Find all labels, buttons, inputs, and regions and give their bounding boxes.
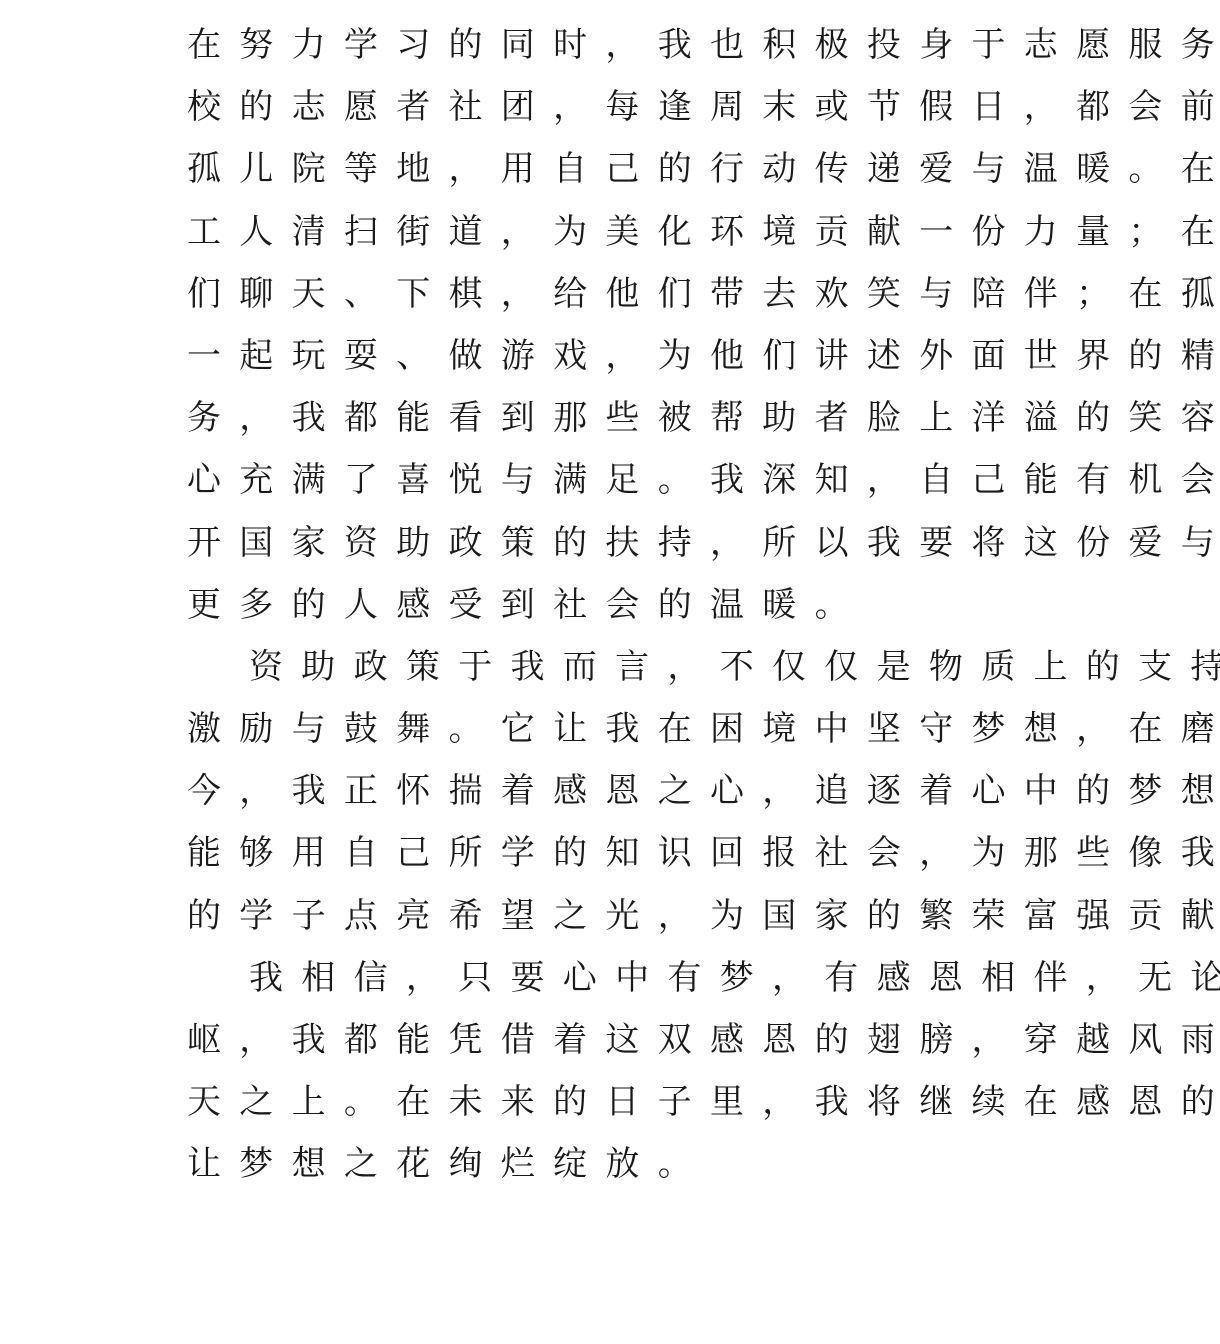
text-line: 更多的人感受到社会的温暖。 bbox=[187, 574, 1037, 636]
text-line: 校的志愿者社团，每逢周末或节假日，都会前往社区、敬老院、 bbox=[187, 76, 1037, 138]
text-line: 资助政策于我而言，不仅仅是物质上的支持，更是精神上的 bbox=[187, 636, 1037, 698]
text-line: 天之上。在未来的日子里，我将继续在感恩的道路上奋勇前行， bbox=[187, 1071, 1037, 1133]
paragraph-conclusion: 我相信，只要心中有梦，有感恩相伴，无论前方道路多么崎 岖，我都能凭借着这双感恩的… bbox=[187, 947, 1037, 1196]
paragraph-policy-impact: 资助政策于我而言，不仅仅是物质上的支持，更是精神上的 激励与鼓舞。它让我在困境中… bbox=[187, 636, 1037, 947]
text-line: 孤儿院等地，用自己的行动传递爱与温暖。在社区，我帮助环卫 bbox=[187, 138, 1037, 200]
text-line: 们聊天、下棋，给他们带去欢笑与陪伴；在孤儿院，我与孩子们 bbox=[187, 263, 1037, 325]
text-line: 今，我正怀揣着感恩之心，追逐着心中的梦想。我渴望有一天， bbox=[187, 760, 1037, 822]
text-line: 心充满了喜悦与满足。我深知，自己能有机会去帮助他人，离不 bbox=[187, 449, 1037, 511]
text-line: 在努力学习的同时，我也积极投身于志愿服务活动。我加入了学 bbox=[187, 14, 1037, 76]
text-line: 岖，我都能凭借着这双感恩的翅膀，穿越风雨，翱翔于广阔的蓝 bbox=[187, 1009, 1037, 1071]
text-line: 激励与鼓舞。它让我在困境中坚守梦想，在磨难中砥砺前行。如 bbox=[187, 698, 1037, 760]
text-line: 务，我都能看到那些被帮助者脸上洋溢的笑容，那一刻，我的内 bbox=[187, 387, 1037, 449]
text-line: 的学子点亮希望之光，为国家的繁荣富强贡献自己的一份力量。 bbox=[187, 885, 1037, 947]
text-line: 一起玩耍、做游戏，为他们讲述外面世界的精彩。每一次志愿服 bbox=[187, 325, 1037, 387]
paragraph-volunteer-service: 在努力学习的同时，我也积极投身于志愿服务活动。我加入了学 校的志愿者社团，每逢周… bbox=[187, 14, 1037, 636]
text-line: 能够用自己所学的知识回报社会，为那些像我曾经一样身处困境 bbox=[187, 822, 1037, 884]
text-line: 我相信，只要心中有梦，有感恩相伴，无论前方道路多么崎 bbox=[187, 947, 1037, 1009]
text-line: 工人清扫街道，为美化环境贡献一份力量；在敬老院，我陪老人 bbox=[187, 201, 1037, 263]
text-line: 让梦想之花绚烂绽放。 bbox=[187, 1133, 1037, 1195]
document-page: 在努力学习的同时，我也积极投身于志愿服务活动。我加入了学 校的志愿者社团，每逢周… bbox=[187, 14, 1037, 1196]
text-line: 开国家资助政策的扶持，所以我要将这份爱与关怀传递下去，让 bbox=[187, 512, 1037, 574]
